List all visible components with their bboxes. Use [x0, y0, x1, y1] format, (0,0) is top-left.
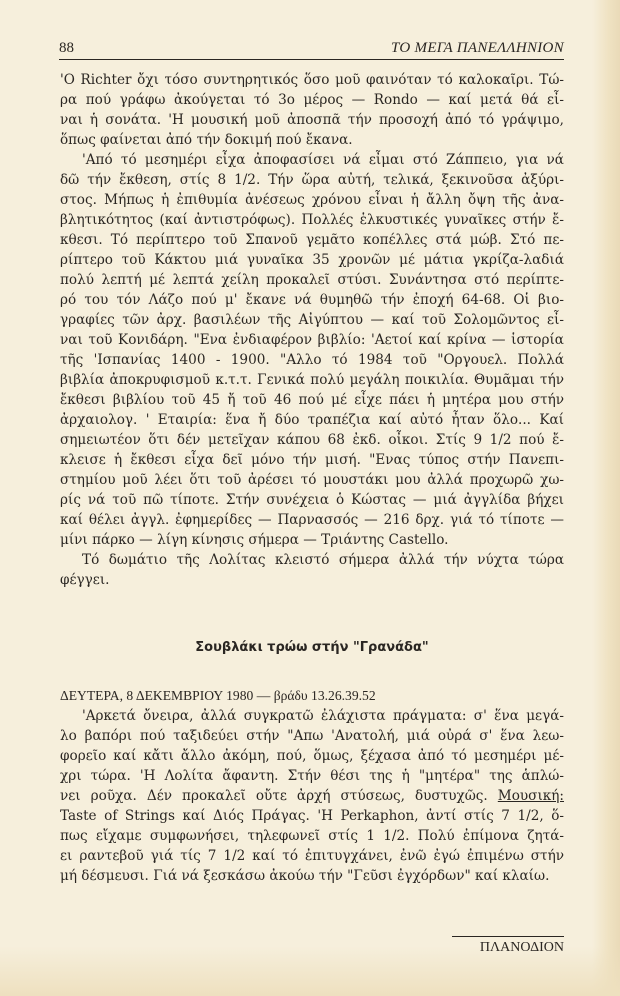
text-line: στος. Μήπως ἡ ἐπιθυμία ἀνέσεως χρόνου εἶ… [60, 190, 564, 210]
text-line: ρίπτερο τοῦ Κάκτου μιά γυναῖκα 35 χρονῶν… [60, 250, 564, 270]
dateline: ΔΕΥΤΕΡΑ, 8 ΔΕΚΕΜΒΡΙΟΥ 1980 — βράδυ 13.26… [60, 686, 564, 706]
text-line: φέγγει. [60, 570, 564, 590]
section-title: Σουβλάκι τρώω στήν "Γρανάδα" [60, 638, 564, 658]
text-line: κλεισε ἡ ἔκθεσι εἶχα δεῖ μόνο τήν μισή. … [60, 450, 564, 470]
paragraph-zappeio: 'Από τό μεσημέρι εἶχα ἀποφασίσει νά εἶμα… [60, 150, 564, 550]
page-body: 'Ο Richter ὄχι τόσο συντηρητικός ὅσο μοῦ… [60, 70, 564, 886]
running-head: 88 ΤΟ ΜΕΓΑ ΠΑΝΕΛΛΗΝΙΟΝ [59, 40, 564, 60]
signature: ΠΛΑΝΟΔΙΟΝ [452, 936, 564, 956]
paragraph-lolita-room: Τό δωμάτιο τῆς Λολίτας κλειστό σήμερα ἀλ… [60, 550, 564, 590]
text-line: ἔκθεσι βιβλίου τοῦ 45 ἤ τοῦ 46 πού μέ εἶ… [60, 390, 564, 410]
text-line: ναι ἡ σονάτα. 'Η μουσική μοῦ ἀποσπᾶ τήν … [60, 110, 564, 130]
text-line: χρι τώρα. 'Η Λολίτα ἄφαντη. Στήν θέσι τη… [60, 766, 564, 786]
text-line: ἀρχαιολογ. ' Εταιρία: ἕνα ἤ δύο τραπέζια… [60, 410, 564, 430]
text-fragment: νει ροῦχα. Δέν προκαλεῖ οὔτε ἀρχή στύσεω… [60, 788, 488, 804]
text-line: δῶ τήν ἔκθεση, στίς 8 1/2. Τήν ὥρα αὐτή,… [60, 170, 564, 190]
text-line: λο βαπόρι πού ταξιδεύει στήν "Απω 'Ανατο… [60, 726, 564, 746]
text-line: βλητικότητος (καί ἀντιστρόφως). Πολλές ἑ… [60, 210, 564, 230]
text-line: ρίς νά τοῦ πῶ τίποτε. Στήν συνέχεια ὁ Κώ… [60, 490, 564, 510]
text-line: μίνι πάρκο — λίγη κίνησις σήμερα — Τριάν… [60, 530, 564, 550]
page-number: 88 [59, 40, 74, 57]
text-line: ὅπως φαίνεται ἀπό τήν δοκιμή πού ἔκανα. [60, 130, 564, 150]
paragraph-richter: 'Ο Richter ὄχι τόσο συντηρητικός ὅσο μοῦ… [60, 70, 564, 150]
text-line: καί θέλει ἀγγλ. ἐφημερίδες — Παρνασσός —… [60, 510, 564, 530]
text-line: Taste of Strings καί Διός Πράγας. 'Η Per… [60, 806, 564, 826]
text-line: στημίου μοῦ λέει ὅτι τοῦ ἀρέσει τό μουστ… [60, 470, 564, 490]
text-line: πως εἴχαμε συμφωνήσει, τηλεφωνεῖ στίς 1 … [60, 826, 564, 846]
page-edge-shadow [592, 0, 620, 996]
text-line: Τό δωμάτιο τῆς Λολίτας κλειστό σήμερα ἀλ… [60, 550, 564, 570]
text-line: φορεῖο καί κἄτι ἄλλο ἀκόμη, πού, ὅμως, ξ… [60, 746, 564, 766]
text-line: μή δέσμευσι. Γιά νά ξεσκάσω ἀκούω τήν "Γ… [60, 866, 564, 886]
text-line: ρό του τόν Λάζο πού μ' ἔκανε νά θυμηθῶ τ… [60, 290, 564, 310]
text-line: κθεσι. Τό περίπτερο τοῦ Σπανοῦ γεμᾶτο κο… [60, 230, 564, 250]
text-line-with-music: νει ροῦχα. Δέν προκαλεῖ οὔτε ἀρχή στύσεω… [60, 786, 564, 806]
text-line: ρα πού γράφω ἀκούγεται τό 3ο μέρος — Ron… [60, 90, 564, 110]
text-line: πολύ λεπτή μέ λεπτά χείλη προκαλεῖ στύσι… [60, 270, 564, 290]
text-line: βιβλία ἀποκρυφισμοῦ κ.τ.τ. Γενικά πολύ μ… [60, 370, 564, 390]
text-line: τῆς 'Ισπανίας 1400 - 1900. "Αλλο τό 1984… [60, 350, 564, 370]
text-line: ει ραντεβοῦ γιά τίς 7 1/2 καί τό ἐπιτυγχ… [60, 846, 564, 866]
music-label: Μουσική: [498, 788, 564, 804]
book-title: ΤΟ ΜΕΓΑ ΠΑΝΕΛΛΗΝΙΟΝ [391, 40, 564, 57]
text-line: σημειωτέον ὅτι δέν μετεῖχαν κάπου 68 ἐκδ… [60, 430, 564, 450]
text-line: 'Ο Richter ὄχι τόσο συντηρητικός ὅσο μοῦ… [60, 70, 564, 90]
text-line: 'Αρκετά ὄνειρα, ἀλλά συγκρατῶ ἐλάχιστα π… [60, 706, 564, 726]
text-line: 'Από τό μεσημέρι εἶχα ἀποφασίσει νά εἶμα… [60, 150, 564, 170]
text-line: γραφίες τῶν ἀρχ. βασιλέων τῆς Αἰγύπτου —… [60, 310, 564, 330]
paragraph-dreams: 'Αρκετά ὄνειρα, ἀλλά συγκρατῶ ἐλάχιστα π… [60, 706, 564, 886]
text-line: ναι τοῦ Κονιδάρη. "Ενα ἐνδιαφέρον βιβλίο… [60, 330, 564, 350]
